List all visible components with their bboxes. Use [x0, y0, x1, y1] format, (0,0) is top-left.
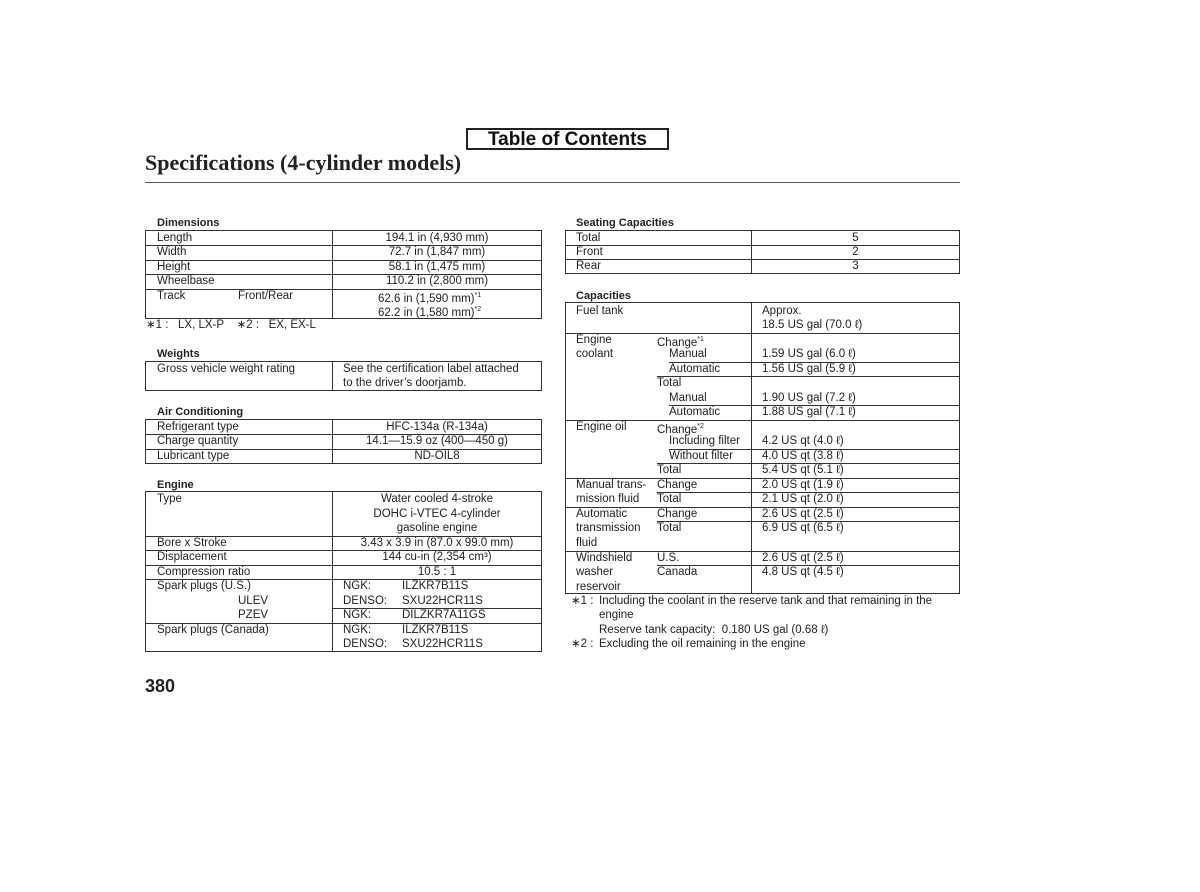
- row-sublabel: Including filter: [669, 434, 740, 449]
- spark-part: ILZKR7B11S: [402, 579, 468, 594]
- table-row: Length 194.1 in (4,930 mm): [146, 231, 541, 245]
- spark-brand: NGK:: [343, 579, 371, 594]
- row-value: to the driver’s doorjamb.: [343, 376, 467, 391]
- row-value: 14.1—15.9 oz (400—450 g): [332, 434, 542, 449]
- row-label: Front: [576, 245, 603, 260]
- row-value: DOHC i-VTEC 4-cylinder: [332, 507, 542, 522]
- table-row: Lubricant type ND-OIL8: [146, 449, 541, 464]
- row-value: 1.88 US gal (7.1 ℓ): [762, 405, 856, 420]
- row-label: Manual trans-: [576, 478, 646, 493]
- page-number: 380: [145, 676, 175, 697]
- spark-part: SXU22HCR11S: [402, 594, 483, 609]
- row-value: 18.5 US gal (70.0 ℓ): [762, 318, 862, 333]
- row-label: Wheelbase: [157, 274, 215, 289]
- dimensions-footnote: ∗1 : LX, LX-P ∗2 : EX, EX-L: [146, 318, 316, 333]
- row-value: 4.0 US qt (3.8 ℓ): [762, 449, 844, 464]
- row-label: Lubricant type: [157, 449, 229, 464]
- footnote-mark: ∗1 :: [571, 594, 593, 609]
- row-label: Refrigerant type: [157, 420, 239, 435]
- footnote-mark: *1: [697, 336, 704, 343]
- row-value: 62.2 in (1,580 mm)*2: [378, 303, 481, 321]
- row-value: 3: [751, 259, 960, 274]
- row-label: Height: [157, 260, 190, 275]
- table-row: Track Front/Rear 62.6 in (1,590 mm)*1 62…: [146, 289, 541, 319]
- row-sublabel: Total: [657, 376, 681, 391]
- row-value: 4.8 US qt (4.5 ℓ): [762, 565, 844, 580]
- seating-heading: Seating Capacities: [576, 217, 674, 229]
- row-label: reservoir: [576, 580, 621, 595]
- row-label: Windshield: [576, 551, 632, 566]
- row-label: transmission: [576, 521, 641, 536]
- row-label: Automatic: [576, 507, 627, 522]
- weights-table: Gross vehicle weight rating See the cert…: [145, 361, 542, 391]
- row-value: 194.1 in (4,930 mm): [332, 231, 542, 246]
- table-row: Wheelbase 110.2 in (2,800 mm): [146, 274, 541, 289]
- row-label: Gross vehicle weight rating: [157, 362, 295, 377]
- row-label: Width: [157, 245, 186, 260]
- row-value: 10.5 : 1: [332, 565, 542, 580]
- title-divider: [145, 182, 960, 183]
- footnote-text: engine: [599, 608, 634, 623]
- table-row: Width 72.7 in (1,847 mm): [146, 245, 541, 260]
- row-value: 1.56 US gal (5.9 ℓ): [762, 362, 856, 377]
- row-value: 2.6 US qt (2.5 ℓ): [762, 507, 844, 522]
- row-label: Displacement: [157, 550, 227, 565]
- row-value: 2.1 US qt (2.0 ℓ): [762, 492, 844, 507]
- row-value: 1.90 US gal (7.2 ℓ): [762, 391, 856, 406]
- row-label: coolant: [576, 347, 613, 362]
- row-label: Compression ratio: [157, 565, 250, 580]
- row-value: 5: [751, 231, 960, 246]
- row-value: 72.7 in (1,847 mm): [332, 245, 542, 260]
- row-value: HFC-134a (R-134a): [332, 420, 542, 435]
- row-sublabel: Automatic: [669, 405, 720, 420]
- track-rear-value: 62.2 in (1,580 mm): [378, 307, 475, 319]
- table-row: Height 58.1 in (1,475 mm): [146, 260, 541, 275]
- row-label: Engine oil: [576, 420, 627, 435]
- row-label: Type: [157, 492, 182, 507]
- row-sublabel: Total: [657, 463, 681, 478]
- engine-heading: Engine: [157, 479, 194, 491]
- row-value: 4.2 US qt (4.0 ℓ): [762, 434, 844, 449]
- capacities-table: Fuel tank Approx. 18.5 US gal (70.0 ℓ) E…: [565, 302, 960, 594]
- spark-brand: DENSO:: [343, 637, 387, 652]
- row-value: See the certification label attached: [343, 362, 519, 377]
- row-sublabel: Total: [657, 492, 681, 507]
- spark-part: ILZKR7B11S: [402, 623, 468, 638]
- weights-heading: Weights: [157, 348, 200, 360]
- capacities-heading: Capacities: [576, 290, 631, 302]
- row-label: Spark plugs (Canada): [157, 623, 269, 638]
- spark-part: SXU22HCR11S: [402, 637, 483, 652]
- spark-part: DILZKR7A11GS: [402, 608, 486, 623]
- footnote-mark: *2: [475, 306, 482, 313]
- row-label: Fuel tank: [576, 304, 623, 319]
- row-sublabel: Automatic: [669, 362, 720, 377]
- row-value: 144 cu-in (2,354 cm³): [332, 550, 542, 565]
- row-value: 2.0 US qt (1.9 ℓ): [762, 478, 844, 493]
- seating-table: Total 5 Front 2 Rear 3: [565, 230, 960, 274]
- row-sublabel: Total: [657, 521, 681, 536]
- row-value: 58.1 in (1,475 mm): [332, 260, 542, 275]
- row-value: 2.6 US qt (2.5 ℓ): [762, 551, 844, 566]
- row-sublabel: Manual: [669, 347, 707, 362]
- row-sublabel: PZEV: [238, 608, 268, 623]
- footnote-mark: *1: [475, 292, 482, 299]
- footnote-text: Reserve tank capacity: 0.180 US gal (0.6…: [599, 623, 828, 638]
- table-row: Refrigerant type HFC-134a (R-134a): [146, 420, 541, 434]
- row-label: Engine: [576, 333, 612, 348]
- row-value: gasoline engine: [332, 521, 542, 536]
- row-label: Bore x Stroke: [157, 536, 227, 551]
- footnote-text: Including the coolant in the reserve tan…: [599, 594, 932, 609]
- row-label: mission fluid: [576, 492, 639, 507]
- air-conditioning-heading: Air Conditioning: [157, 406, 243, 418]
- row-value: ND-OIL8: [332, 449, 542, 464]
- spark-brand: DENSO:: [343, 594, 387, 609]
- page-title: Specifications (4-cylinder models): [145, 150, 461, 176]
- row-sublabel: Change: [657, 507, 697, 522]
- row-sublabel: Without filter: [669, 449, 733, 464]
- row-label: fluid: [576, 536, 597, 551]
- row-value: 3.43 x 3.9 in (87.0 x 99.0 mm): [332, 536, 542, 551]
- row-value: 2: [751, 245, 960, 260]
- row-value: 6.9 US qt (6.5 ℓ): [762, 521, 844, 536]
- engine-table: Type Water cooled 4-stroke DOHC i-VTEC 4…: [145, 491, 542, 652]
- air-conditioning-table: Refrigerant type HFC-134a (R-134a) Charg…: [145, 419, 542, 464]
- row-value: 5.4 US qt (5.1 ℓ): [762, 463, 844, 478]
- row-sublabel: Manual: [669, 391, 707, 406]
- footnote-mark: ∗2 :: [571, 637, 593, 652]
- row-sublabel: ULEV: [238, 594, 268, 609]
- dimensions-heading: Dimensions: [157, 217, 219, 229]
- row-sublabel: U.S.: [657, 551, 679, 566]
- row-value: 110.2 in (2,800 mm): [332, 274, 542, 289]
- row-label: Charge quantity: [157, 434, 238, 449]
- spark-brand: NGK:: [343, 608, 371, 623]
- row-label: washer: [576, 565, 613, 580]
- table-of-contents-button[interactable]: Table of Contents: [466, 128, 669, 150]
- row-label: Rear: [576, 259, 601, 274]
- dimensions-table: Length 194.1 in (4,930 mm) Width 72.7 in…: [145, 230, 542, 319]
- row-label: Track: [157, 289, 185, 304]
- row-label: Spark plugs (U.S.): [157, 579, 251, 594]
- row-value: Water cooled 4-stroke: [332, 492, 542, 507]
- row-label: Length: [157, 231, 192, 246]
- row-sublabel: Front/Rear: [238, 289, 293, 304]
- footnote-text: Excluding the oil remaining in the engin…: [599, 637, 806, 652]
- row-value: Approx.: [762, 304, 802, 319]
- row-sublabel: Canada: [657, 565, 697, 580]
- row-value: 1.59 US gal (6.0 ℓ): [762, 347, 856, 362]
- footnote-mark: *2: [697, 423, 704, 430]
- spark-brand: NGK:: [343, 623, 371, 638]
- row-label: Total: [576, 231, 600, 246]
- row-sublabel: Change: [657, 478, 697, 493]
- table-row: Charge quantity 14.1—15.9 oz (400—450 g): [146, 434, 541, 449]
